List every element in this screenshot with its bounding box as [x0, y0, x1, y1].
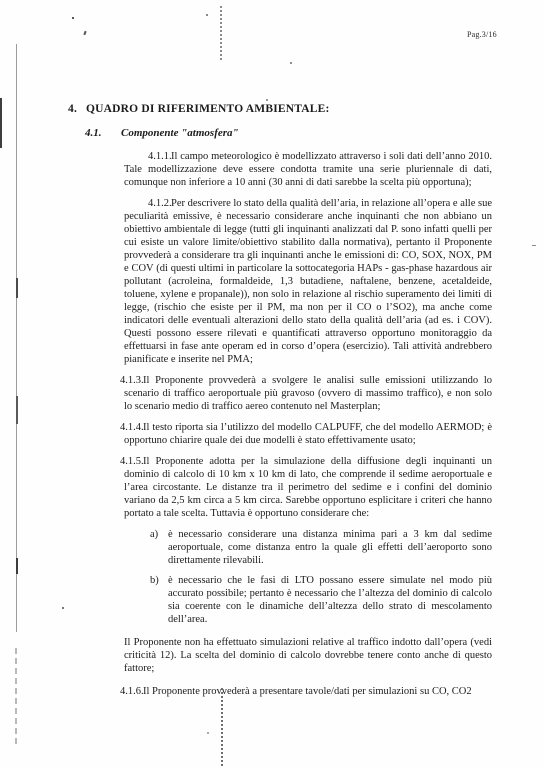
page-number-label: Pag.3/16 [467, 30, 497, 39]
paragraph-4-1-5: 4.1.5.Il Proponente adotta per la simula… [124, 455, 492, 520]
scan-artifact-speck [266, 99, 268, 101]
document-page: Pag.3/16 4.QUADRO DI RIFERIMENTO AMBIENT… [0, 0, 544, 768]
paragraph-number: 4.1.2. [101, 197, 172, 210]
scan-artifact-speck [72, 17, 74, 19]
scan-artifact-speck [62, 607, 64, 609]
section-heading-title: QUADRO DI RIFERIMENTO AMBIENTALE: [86, 103, 330, 115]
paragraph-number: 4.1.3. [101, 374, 144, 387]
paragraph-4-1-2: 4.1.2.Per descrivere lo stato della qual… [124, 197, 492, 366]
subsection-heading-title: Componente "atmosfera" [121, 127, 239, 139]
list-item-marker: a) [150, 528, 158, 541]
list-item-text: è necessario considerare una distanza mi… [168, 529, 492, 566]
paragraph-text: Il campo meteorologico è modellizzato at… [124, 151, 492, 188]
scan-artifact-speck [532, 245, 536, 246]
paragraph-text: Il testo riporta sia l’utilizzo del mode… [124, 422, 492, 446]
paragraph-number: 4.1.6. [101, 685, 144, 698]
scan-artifact-dark-segment [16, 558, 18, 574]
paragraph-text: Il Proponente provvederà a svolgere le a… [124, 375, 492, 412]
list-item-b: b)è necessario che le fasi di LTO possan… [168, 574, 492, 626]
paragraph-text: Il Proponente provvederà a presentare ta… [143, 686, 472, 697]
paragraph-number: 4.1.1. [101, 150, 172, 163]
subsection-heading-number: 4.1. [85, 126, 121, 140]
paragraph-4-1-1: 4.1.1.Il campo meteorologico è modellizz… [124, 150, 492, 189]
scan-artifact-speck [290, 62, 292, 64]
scan-artifact-edge-mark [0, 98, 2, 148]
scan-artifact-dark-segment [16, 396, 18, 424]
paragraph-4-1-6: 4.1.6.Il Proponente provvederà a present… [124, 685, 492, 698]
section-heading-number: 4. [68, 102, 86, 117]
scan-artifact-speck [207, 732, 209, 734]
paragraph-4-1-3: 4.1.3.Il Proponente provvederà a svolger… [124, 374, 492, 413]
paragraph-number: 4.1.4. [101, 421, 144, 434]
scan-artifact-dark-segment [16, 278, 18, 298]
closing-note-paragraph: Il Proponente non ha effettuato simulazi… [124, 636, 492, 675]
scan-artifact-speck [206, 14, 208, 16]
scan-artifact-speck [83, 31, 86, 35]
list-item-text: è necessario che le fasi di LTO possano … [168, 575, 492, 625]
paragraph-number: 4.1.5. [101, 455, 144, 468]
scan-artifact-dotted-line-top [220, 6, 222, 60]
list-item-a: a)è necessario considerare una distanza … [168, 528, 492, 567]
paragraph-text: Il Proponente adotta per la simulazione … [124, 456, 492, 519]
list-item-marker: b) [150, 574, 159, 587]
section-heading: 4.QUADRO DI RIFERIMENTO AMBIENTALE: [68, 102, 492, 117]
paragraph-4-1-4: 4.1.4.Il testo riporta sia l’utilizzo de… [124, 421, 492, 447]
paragraph-text: Per descrivere lo stato della qualità de… [124, 198, 492, 365]
subsection-heading: 4.1.Componente "atmosfera" [85, 126, 492, 140]
scan-artifact-dashed-line [15, 648, 17, 744]
scan-artifact-vertical-line [16, 44, 17, 632]
document-content: 4.QUADRO DI RIFERIMENTO AMBIENTALE: 4.1.… [68, 102, 492, 706]
